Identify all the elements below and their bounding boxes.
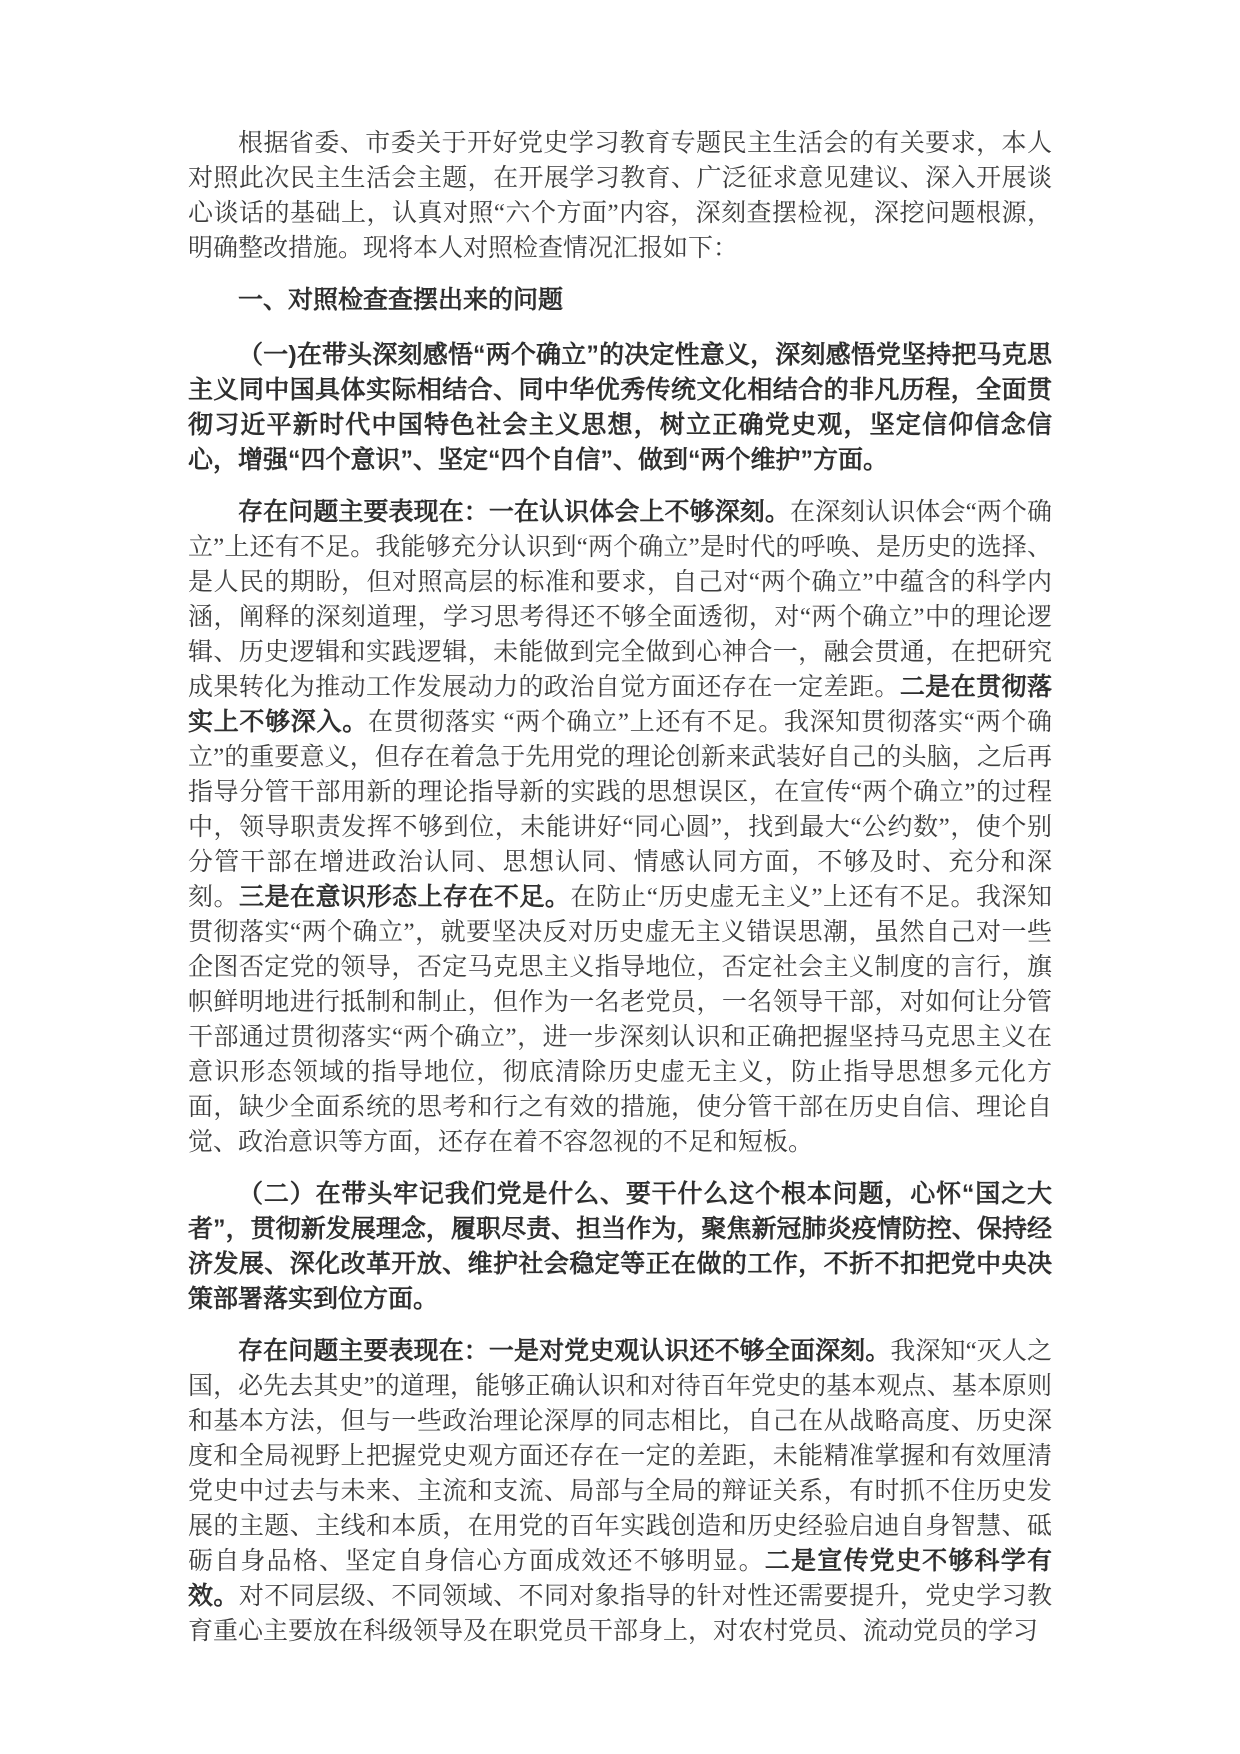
text-run: 在贯彻落实 “两个确立”上还有不足。我深知贯彻落实“两个确立”的重要意义，但存在…: [188, 709, 1052, 911]
paragraph-intro: 根据省委、市委关于开好党史学习教育专题民主生活会的有关要求，本人对照此次民主生活…: [188, 126, 1052, 266]
text-run: 在深刻认识体会“两个确立”上还有不足。我能够充分认识到“两个确立”是时代的呼唤、…: [188, 499, 1052, 701]
bold-text-run: （一)在带头深刻感悟“两个确立”的决定性意义，深刻感悟党坚持把马克思主义同中国具…: [188, 341, 1052, 474]
bold-text-run: 存在问题主要表现在：一是对党史观认识还不够全面深刻。: [238, 1337, 890, 1365]
document-page: 根据省委、市委关于开好党史学习教育专题民主生活会的有关要求，本人对照此次民主生活…: [0, 0, 1240, 1754]
paragraph-section-1-body: 存在问题主要表现在：一在认识体会上不够深刻。在深刻认识体会“两个确立”上还有不足…: [188, 495, 1052, 1160]
text-run: 对不同层级、不同领域、不同对象指导的针对性还需要提升，党史学习教育重心主要放在科…: [188, 1583, 1052, 1645]
paragraph-section-1-title: （一)在带头深刻感悟“两个确立”的决定性意义，深刻感悟党坚持把马克思主义同中国具…: [188, 338, 1052, 478]
paragraph-section-2-title: （二）在带头牢记我们党是什么、要干什么这个根本问题，心怀“国之大者”，贯彻新发展…: [188, 1177, 1052, 1317]
paragraph-heading-1: 一、对照检查查摆出来的问题: [188, 283, 1052, 318]
paragraph-section-2-body: 存在问题主要表现在：一是对党史观认识还不够全面深刻。我深知“灭人之国，必先去其史…: [188, 1334, 1052, 1649]
text-run: 我深知“灭人之国，必先去其史”的道理，能够正确认识和对待百年党史的基本观点、基本…: [188, 1338, 1052, 1575]
text-run: 在防止“历史虚无主义”上还有不足。我深知贯彻落实“两个确立”，就要坚决反对历史虚…: [188, 884, 1052, 1156]
text-run: 根据省委、市委关于开好党史学习教育专题民主生活会的有关要求，本人对照此次民主生活…: [188, 130, 1052, 262]
document-body: 根据省委、市委关于开好党史学习教育专题民主生活会的有关要求，本人对照此次民主生活…: [188, 126, 1052, 1649]
bold-text-run: （二）在带头牢记我们党是什么、要干什么这个根本问题，心怀“国之大者”，贯彻新发展…: [188, 1180, 1052, 1313]
bold-text-run: 三是在意识形态上存在不足。: [239, 883, 570, 911]
bold-text-run: 一、对照检查查摆出来的问题: [238, 286, 563, 314]
bold-text-run: 存在问题主要表现在：一在认识体会上不够深刻。: [238, 498, 790, 526]
